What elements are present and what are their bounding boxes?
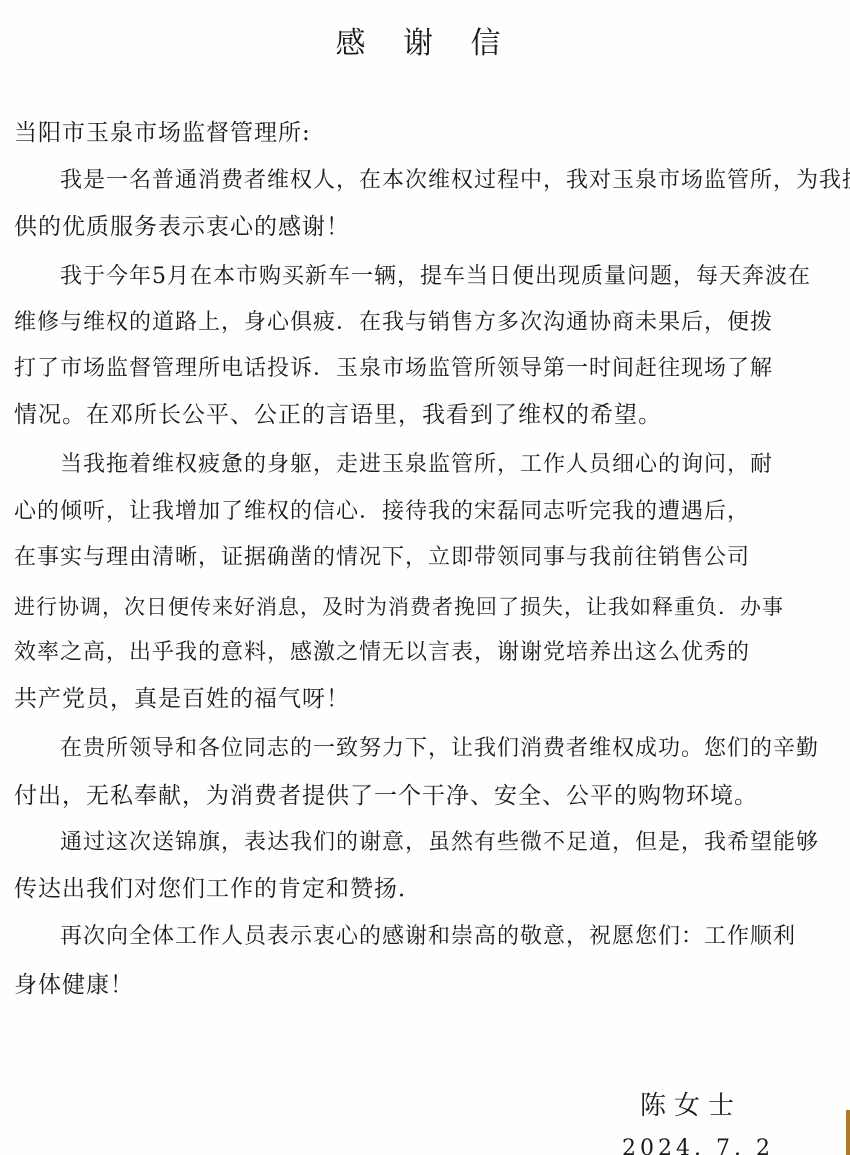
letter-line: 当我拖着维权疲惫的身躯，走进玉泉监管所，工作人员细心的询问，耐 (60, 450, 850, 480)
letter-title: 感 谢 信 (0, 18, 850, 62)
page-edge-shadow (846, 1110, 850, 1155)
letter-line: 供的优质服务表示衷心的感谢！ (14, 212, 850, 242)
letter-line: 在贵所领导和各位同志的一致努力下，让我们消费者维权成功。您们的辛勤 (60, 734, 850, 764)
letter-line: 我于今年5月在本市购买新车一辆，提车当日便出现质量问题，每天奔波在 (60, 262, 850, 292)
letter-line: 打了市场监督管理所电话投诉．玉泉市场监管所领导第一时间赶往现场了解 (14, 354, 850, 384)
letter-line: 维修与维权的道路上，身心俱疲．在我与销售方多次沟通协商未果后，便拨 (14, 308, 850, 338)
letter-line: 情况。在邓所长公平、公正的言语里，我看到了维权的希望。 (14, 400, 850, 430)
letter-line: 共产党员，真是百姓的福气呀！ (14, 684, 850, 714)
letter-line: 效率之高，出乎我的意料，感激之情无以言表，谢谢党培养出这么优秀的 (14, 638, 850, 668)
letter-line: 再次向全体工作人员表示衷心的感谢和崇高的敬意，祝愿您们：工作顺利 (60, 922, 850, 952)
salutation: 当阳市玉泉市场监督管理所: (14, 118, 850, 148)
letter-line: 身体健康！ (14, 970, 850, 1000)
letter-line: 传达出我们对您们工作的肯定和赞扬． (14, 874, 850, 904)
letter-line: 心的倾听，让我增加了维权的信心．接待我的宋磊同志听完我的遭遇后， (14, 497, 850, 527)
letter-line: 我是一名普通消费者维权人，在本次维权过程中，我对玉泉市场监管所，为我提 (60, 166, 850, 196)
letter-line: 付出，无私奉献，为消费者提供了一个干净、安全、公平的购物环境。 (14, 781, 850, 811)
letter-page: 感 谢 信 当阳市玉泉市场监督管理所: 我是一名普通消费者维权人，在本次维权过程… (0, 0, 850, 1155)
letter-line: 通过这次送锦旗，表达我们的谢意，虽然有些微不足道，但是，我希望能够 (60, 828, 850, 858)
letter-line: 进行协调，次日便传来好消息，及时为消费者挽回了损失，让我如释重负．办事 (14, 592, 850, 622)
letter-date: 2024. 7. 2 (622, 1136, 774, 1155)
letter-line: 在事实与理由清晰，证据确凿的情况下，立即带领同事与我前往销售公司 (14, 543, 850, 573)
signature: 陈女士 (640, 1085, 742, 1122)
